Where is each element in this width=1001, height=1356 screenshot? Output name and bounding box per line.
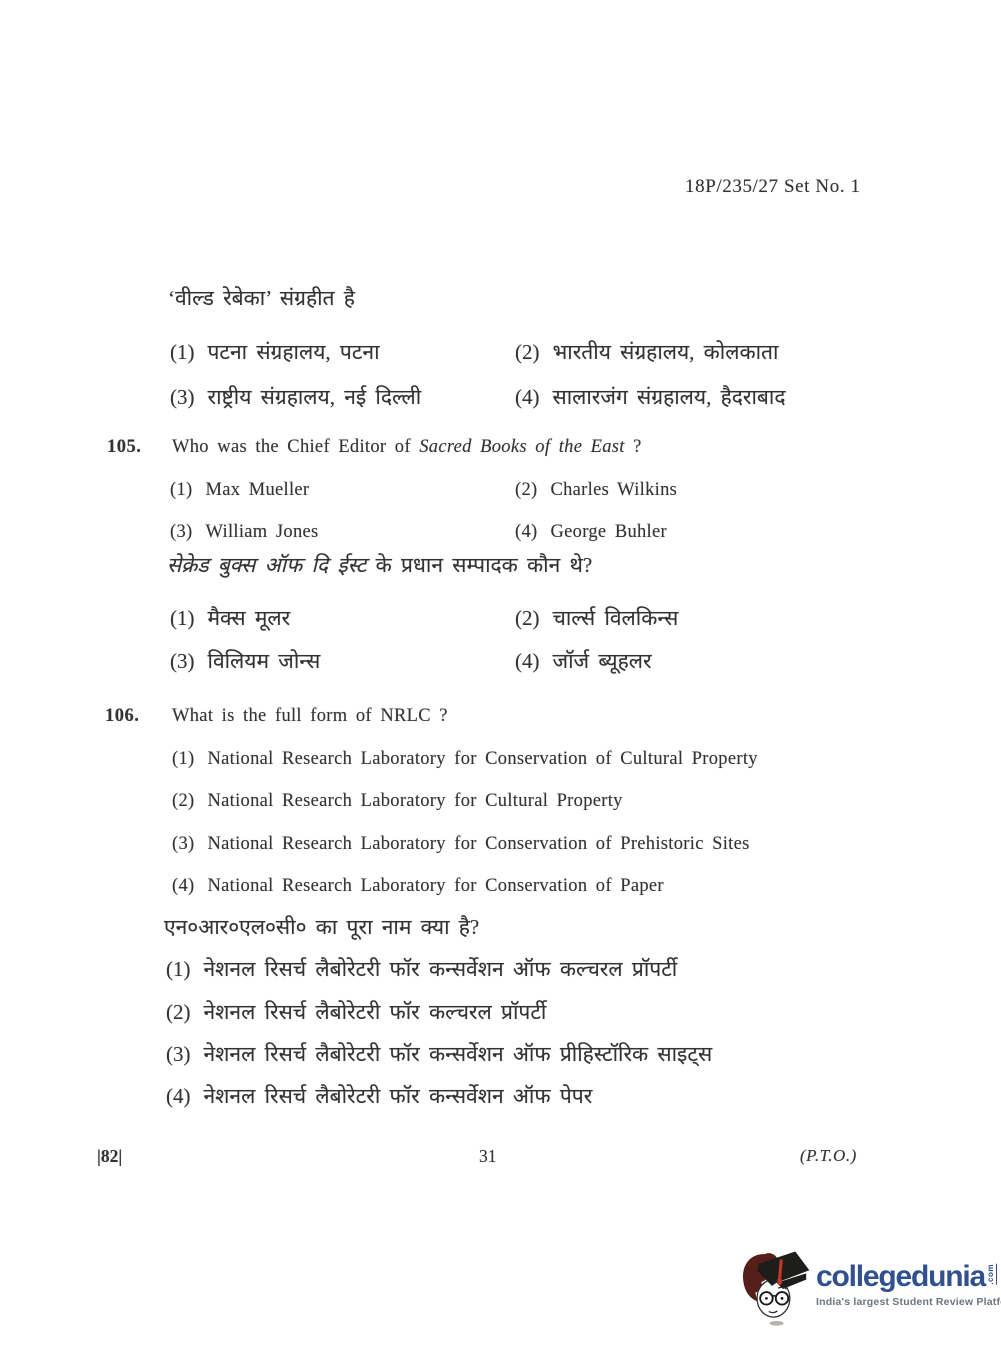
option-text: National Research Laboratory for Conserv… <box>207 834 749 854</box>
option-text: Max Mueller <box>205 480 309 500</box>
exam-paper-page: 18P/235/27 Set No. 1 ‘वील्ड रेबेका’ संग्… <box>0 0 1001 1356</box>
option-label: (3) <box>166 1042 191 1067</box>
option-label: (2) <box>515 606 540 631</box>
stem-text: के प्रधान सम्पादक कौन थे? <box>376 553 593 577</box>
option-text: नेशनल रिसर्च लैबोरेटरी फॉर कन्सर्वेशन ऑफ… <box>204 1084 593 1108</box>
option: (1)नेशनल रिसर्च लैबोरेटरी फॉर कन्सर्वेशन… <box>166 955 677 983</box>
option-label: (2) <box>172 791 194 812</box>
option-label: (3) <box>170 385 195 410</box>
option-label: (4) <box>166 1084 191 1109</box>
brand-name: collegedunia <box>816 1262 985 1292</box>
option-label: (1) <box>170 340 195 365</box>
option-text: George Buhler <box>550 522 667 542</box>
question-stem: What is the full form of NRLC ? <box>172 706 448 727</box>
option-text: सालारजंग संग्रहालय, हैदराबाद <box>553 385 786 409</box>
option: (3)National Research Laboratory for Cons… <box>172 834 750 855</box>
option: (4)जॉर्ज ब्यूहलर <box>515 647 652 675</box>
option: (2)National Research Laboratory for Cult… <box>172 791 623 812</box>
option-text: जॉर्ज ब्यूहलर <box>553 649 652 673</box>
option-text: पटना संग्रहालय, पटना <box>208 340 380 364</box>
option-label: (1) <box>170 480 192 501</box>
option: (1)Max Mueller <box>170 480 309 501</box>
question-stem-hindi: एन०आर०एल०सी० का पूरा नाम क्या है? <box>164 913 479 941</box>
option-text: मैक्स मूलर <box>208 606 291 630</box>
option: (4)सालारजंग संग्रहालय, हैदराबाद <box>515 383 786 411</box>
question-number: 105. <box>107 437 141 458</box>
option-label: (4) <box>515 649 540 674</box>
option: (2)नेशनल रिसर्च लैबोरेटरी फॉर कल्चरल प्र… <box>166 998 546 1026</box>
option-label: (3) <box>170 522 192 543</box>
question-stem: Who was the Chief Editor of Sacred Books… <box>172 437 642 458</box>
option-label: (4) <box>172 876 194 897</box>
option-label: (2) <box>515 480 537 501</box>
option: (4)National Research Laboratory for Cons… <box>172 876 664 897</box>
option-text: राष्ट्रीय संग्रहालय, नई दिल्ली <box>208 385 422 409</box>
option-text: National Research Laboratory for Conserv… <box>207 876 663 896</box>
option-text: नेशनल रिसर्च लैबोरेटरी फॉर कल्चरल प्रॉपर… <box>204 1000 547 1024</box>
option-label: (2) <box>515 340 540 365</box>
collegedunia-mascot-icon <box>736 1246 814 1332</box>
option: (1)National Research Laboratory for Cons… <box>172 749 758 770</box>
option-label: (2) <box>166 1000 191 1025</box>
option-text: National Research Laboratory for Cultura… <box>207 791 622 811</box>
book-title: सेक्रेड बुक्स ऑफ दि ईस्ट <box>167 553 376 577</box>
option: (3)William Jones <box>170 522 319 543</box>
stem-text: ? <box>625 437 642 457</box>
option: (2)Charles Wilkins <box>515 480 677 501</box>
option-label: (3) <box>172 834 194 855</box>
option: (3)राष्ट्रीय संग्रहालय, नई दिल्ली <box>170 383 421 411</box>
option-text: नेशनल रिसर्च लैबोरेटरी फॉर कन्सर्वेशन ऑफ… <box>204 957 678 981</box>
option-text: विलियम जोन्स <box>208 649 321 673</box>
brand-tagline: India's largest Student Review Platform <box>816 1296 1001 1308</box>
brand-tld: .com <box>987 1264 997 1285</box>
footer-page-number: 31 <box>479 1146 497 1167</box>
option-text: चार्ल्स विलकिन्स <box>553 606 679 630</box>
option: (2)चार्ल्स विलकिन्स <box>515 604 678 632</box>
book-title: Sacred Books of the East <box>419 437 624 457</box>
option-text: नेशनल रिसर्च लैबोरेटरी फॉर कन्सर्वेशन ऑफ… <box>204 1042 713 1066</box>
option-label: (1) <box>170 606 195 631</box>
option-text: National Research Laboratory for Conserv… <box>207 749 757 769</box>
option: (4)नेशनल रिसर्च लैबोरेटरी फॉर कन्सर्वेशन… <box>166 1082 592 1110</box>
option-label: (1) <box>166 957 191 982</box>
question-stem: ‘वील्ड रेबेका’ संग्रहीत है <box>168 284 355 312</box>
option-label: (3) <box>170 649 195 674</box>
paper-code: 18P/235/27 Set No. 1 <box>685 176 861 198</box>
option: (1)पटना संग्रहालय, पटना <box>170 338 380 366</box>
option-label: (4) <box>515 385 540 410</box>
option: (4)George Buhler <box>515 522 667 543</box>
option-label: (4) <box>515 522 537 543</box>
stem-text: Who was the Chief Editor of <box>172 437 419 457</box>
footer-pto: (P.T.O.) <box>800 1146 857 1166</box>
option: (3)विलियम जोन्स <box>170 647 320 675</box>
option: (3)नेशनल रिसर्च लैबोरेटरी फॉर कन्सर्वेशन… <box>166 1040 712 1068</box>
option: (2)भारतीय संग्रहालय, कोलकाता <box>515 338 778 366</box>
footer-booklet-code: |82| <box>97 1146 122 1167</box>
option-label: (1) <box>172 749 194 770</box>
question-stem-hindi: सेक्रेड बुक्स ऑफ दि ईस्ट के प्रधान सम्पा… <box>167 551 592 579</box>
question-number: 106. <box>105 706 139 727</box>
option-text: भारतीय संग्रहालय, कोलकाता <box>553 340 779 364</box>
option-text: Charles Wilkins <box>550 480 677 500</box>
option-text: William Jones <box>205 522 318 542</box>
collegedunia-logo: collegedunia .com India's largest Studen… <box>736 1246 1001 1332</box>
logo-text: collegedunia .com India's largest Studen… <box>816 1262 1001 1308</box>
option: (1)मैक्स मूलर <box>170 604 290 632</box>
